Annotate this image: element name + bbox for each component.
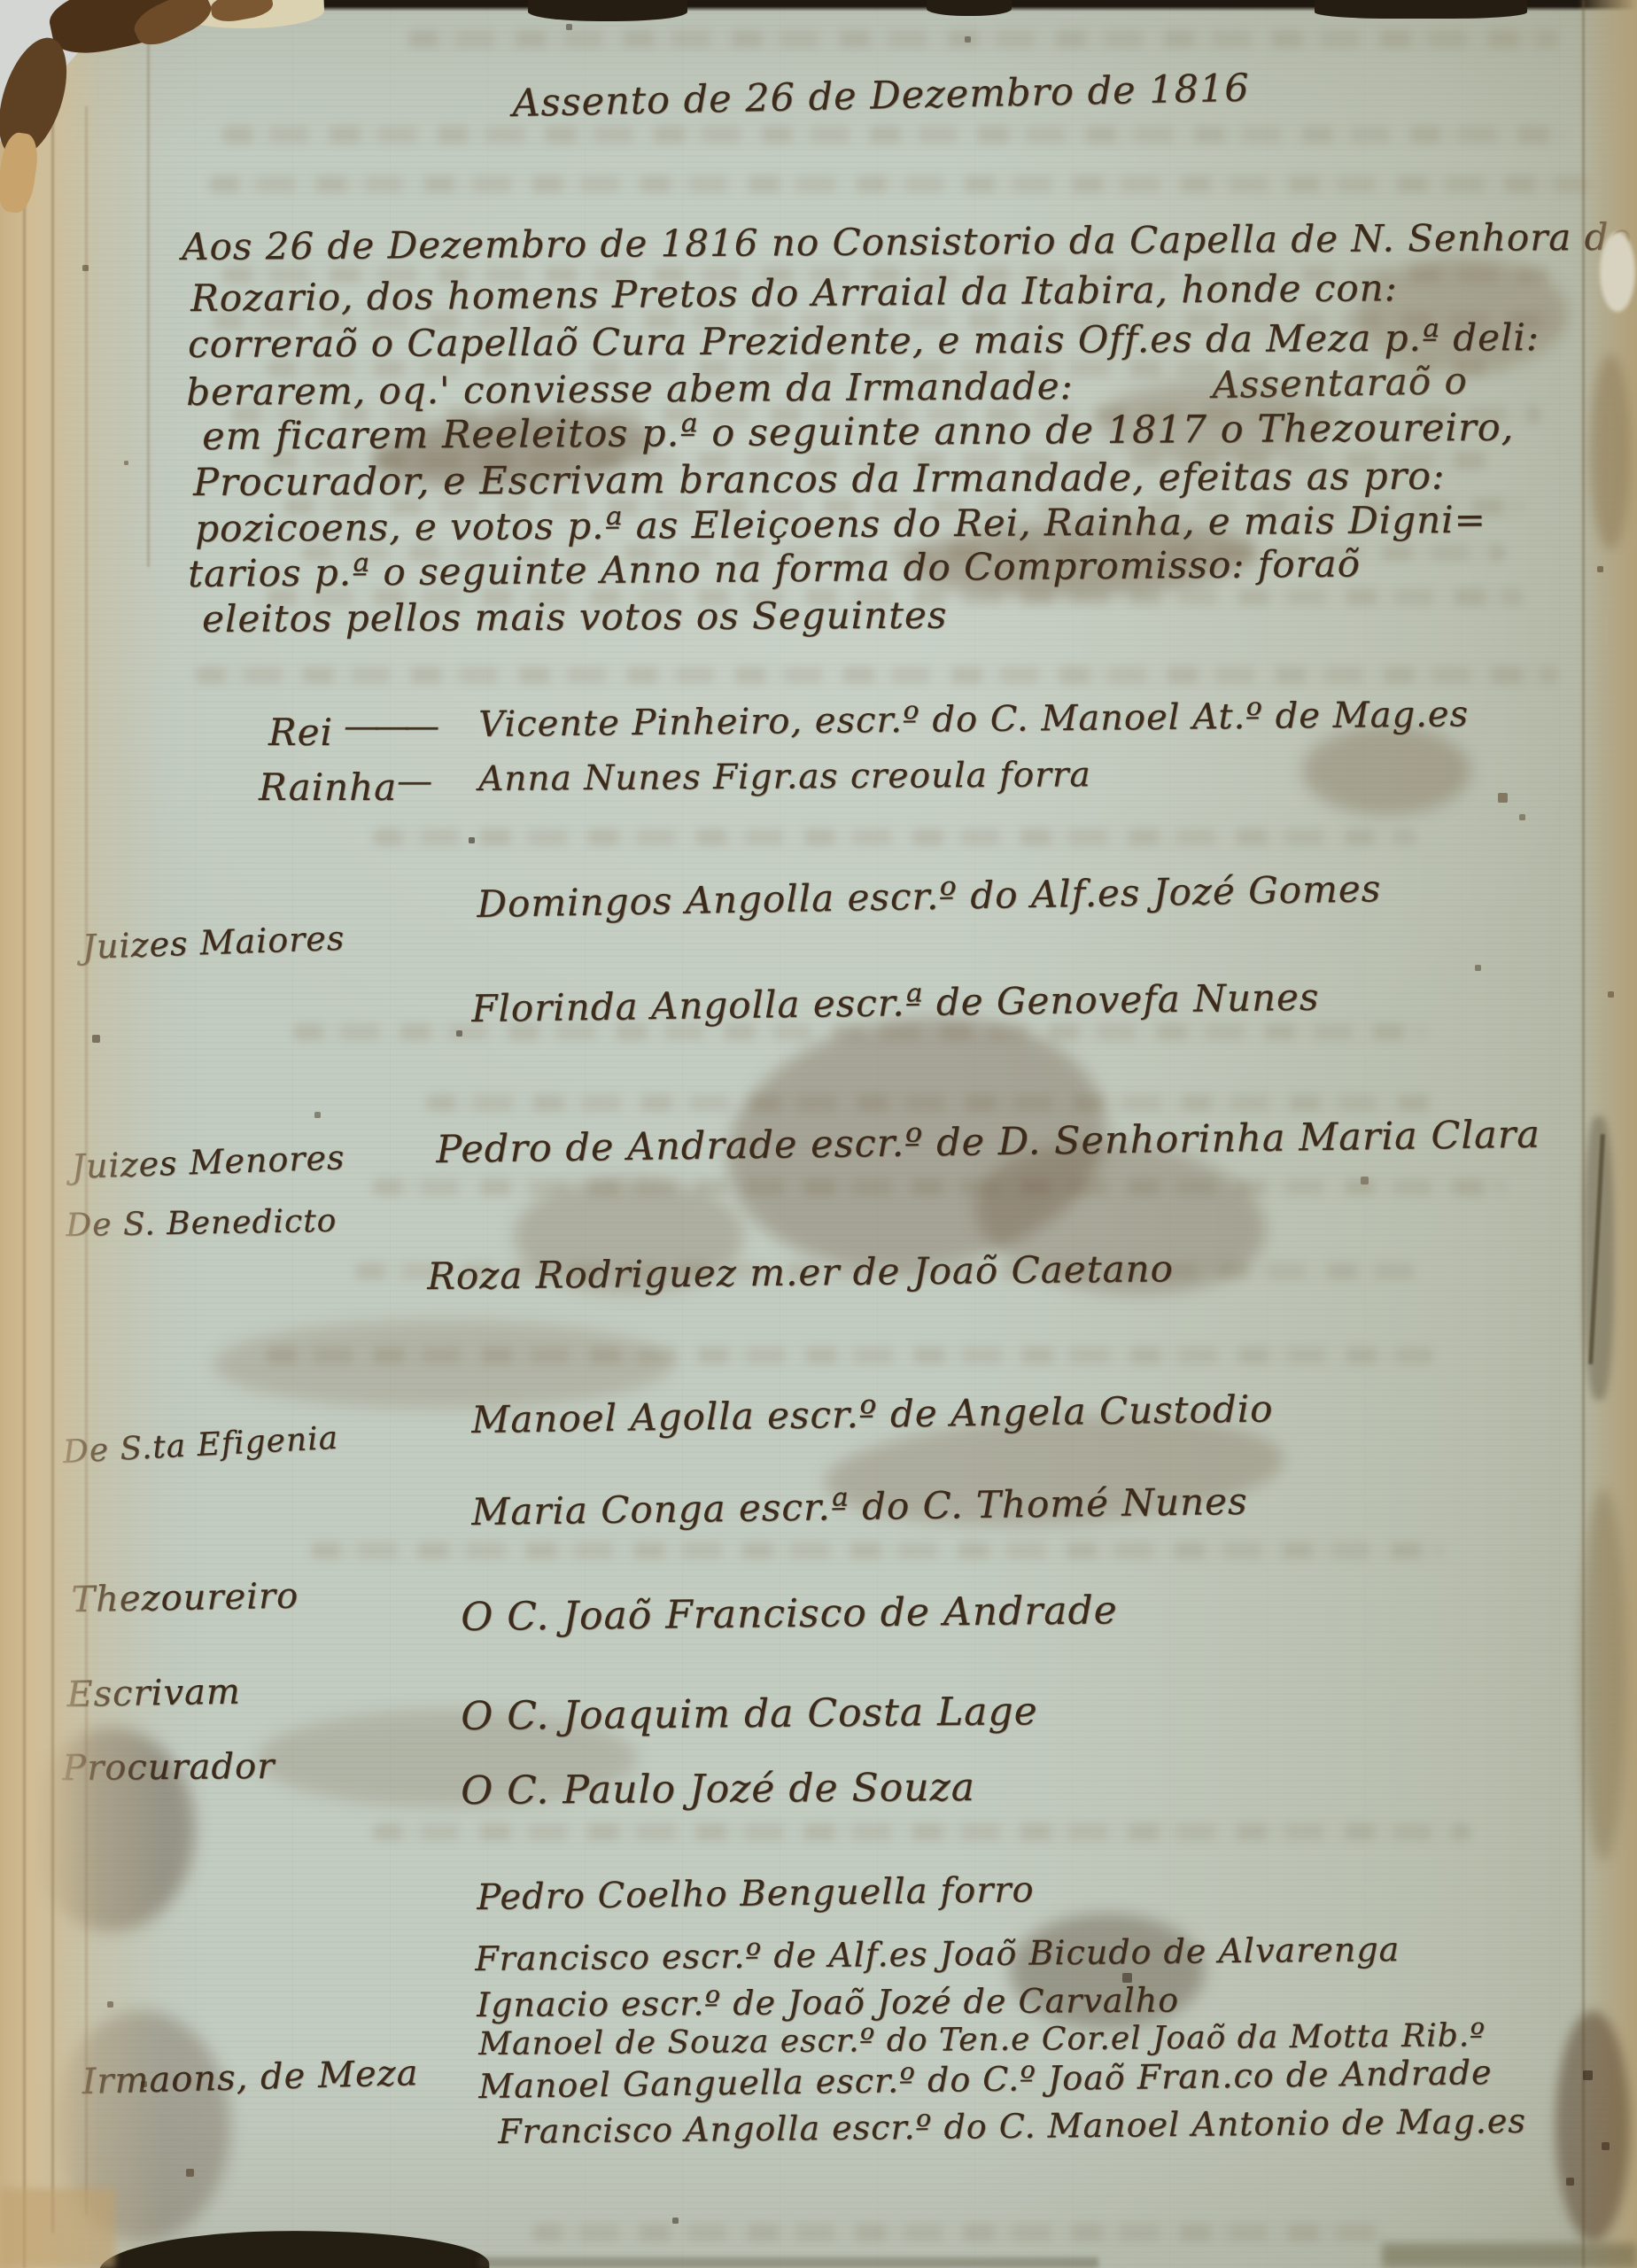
ghost-bleed-line xyxy=(372,828,1417,846)
ghost-bleed-line xyxy=(195,666,1559,684)
role-entry: Francisco Angolla escr.º do C. Manoel An… xyxy=(498,2104,1526,2148)
stain xyxy=(1302,726,1470,815)
body-line: eleitos pellos mais votos os Seguintes xyxy=(202,597,947,638)
body-line: Rozario, dos homens Pretos do Arraial da… xyxy=(190,269,1398,317)
bottom-edge-shadow xyxy=(478,2257,1098,2268)
body-line: em ficarem Reeleitos p.ª o seguinte anno… xyxy=(202,409,1514,456)
ghost-bleed-line xyxy=(208,175,1590,193)
role-entry: Manoel Ganguella escr.º do C.º Joaõ Fran… xyxy=(478,2055,1493,2103)
role-label-rainha: Rainha xyxy=(259,769,397,806)
paper-crease xyxy=(147,0,150,567)
ghost-bleed-line xyxy=(372,1823,1470,1841)
body-right-note: Assentaraõ o xyxy=(1212,362,1468,404)
top-edge-notch xyxy=(528,0,687,21)
ghost-bleed-line xyxy=(407,30,1559,48)
body-line: correraõ o Capellaõ Cura Prezidente, e m… xyxy=(188,319,1540,363)
role-label-rei: Rei xyxy=(268,714,333,751)
role-entry: Ignacio escr.º de Joaõ Jozé de Carvalho xyxy=(477,1983,1179,2022)
right-page-edge-line xyxy=(1582,0,1585,2268)
dash-rule: ——— xyxy=(344,709,434,744)
page-stack-line xyxy=(23,0,26,2268)
role-entry: Vicente Pinheiro, escr.º do C. Manoel At… xyxy=(478,696,1469,742)
body-line: Procurador, e Escrivam brancos da Irmand… xyxy=(193,458,1446,502)
body-line: pozicoens, e votos p.ª as Eleiçoens do R… xyxy=(195,501,1486,548)
bottom-edge-shadow xyxy=(1382,2243,1637,2268)
role-entry: Anna Nunes Figr.as creoula forra xyxy=(478,757,1091,796)
body-line: tarios p.ª o seguinte Anno na forma do C… xyxy=(188,545,1361,593)
manuscript-scan: Assento de 26 de Dezembro de 1816 Aos 26… xyxy=(0,0,1637,2268)
role-entry: Roza Rodriguez m.er de Joaõ Caetano xyxy=(427,1250,1174,1295)
role-entry: Maria Conga escr.ª do C. Thomé Nunes xyxy=(471,1483,1248,1531)
role-entry: Francisco escr.º de Alf.es Joaõ Bicudo d… xyxy=(475,1932,1400,1976)
page-stack-line xyxy=(85,106,88,2215)
role-entry: Florinda Angolla escr.ª de Genovefa Nune… xyxy=(471,979,1320,1028)
role-entry: Pedro Coelho Benguella forro xyxy=(477,1872,1035,1915)
body-line: berarem, oq.' conviesse abem da Irmandad… xyxy=(186,368,1074,411)
ghost-bleed-line xyxy=(221,126,1568,144)
body-line: Aos 26 de Dezembro de 1816 no Consistori… xyxy=(182,218,1637,266)
right-edge-stain xyxy=(1590,354,1631,549)
role-entry: O C. Paulo Jozé de Souza xyxy=(461,1768,975,1811)
ghost-bleed-line xyxy=(310,1542,1444,1559)
top-edge-notch xyxy=(927,0,1012,16)
right-edge-stain xyxy=(1556,2011,1630,2241)
role-entry: Domingos Angolla escr.º do Alf.es Jozé G… xyxy=(477,870,1382,923)
right-edge-stain xyxy=(1580,1488,1626,1860)
right-edge-light-patch xyxy=(1600,232,1635,312)
role-entry: Pedro de Andrade escr.º de D. Senhorinha… xyxy=(436,1116,1540,1169)
bottom-edge-tan xyxy=(0,2188,115,2268)
dash-rule: — xyxy=(397,764,433,799)
top-edge-notch xyxy=(1315,0,1527,19)
role-entry: O C. Joaõ Francisco de Andrade xyxy=(461,1591,1118,1637)
page-stack-line xyxy=(51,35,54,2233)
role-entry: O C. Joaquim da Costa Lage xyxy=(461,1692,1038,1736)
role-entry: Manoel Agolla escr.º de Angela Custodio xyxy=(471,1390,1274,1439)
ghost-bleed-line xyxy=(531,2224,1382,2241)
page-title: Assento de 26 de Dezembro de 1816 xyxy=(512,70,1250,123)
